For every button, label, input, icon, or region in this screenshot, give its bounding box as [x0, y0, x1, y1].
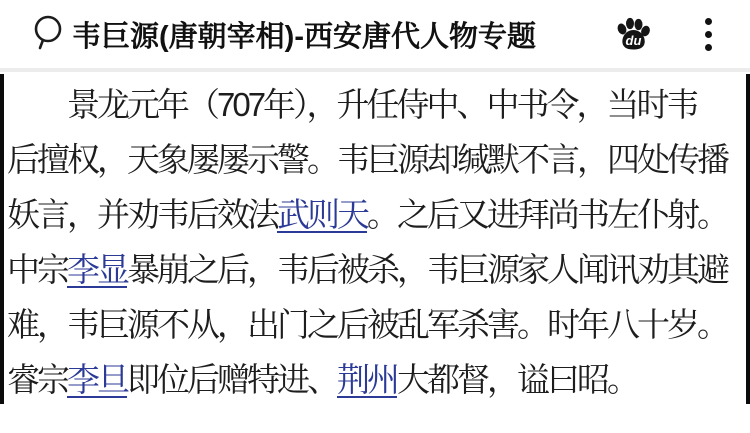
text-segment: 暴崩之后，韦后被杀，韦巨源家人闻讯劝其避	[127, 251, 727, 288]
search-header: 韦巨源(唐朝宰相)-西安唐代人物专题 du	[0, 0, 750, 68]
text-segment: 大都督，谥曰昭。	[397, 361, 637, 398]
text-segment: 。之后又进拜尚书左仆射。	[367, 196, 727, 233]
baidu-paw-icon: du	[613, 14, 653, 54]
text-line: 景龙元年（707年），升任侍中、中书令，当时韦	[7, 77, 744, 132]
baidu-du-label: du	[626, 33, 642, 48]
text-segment: 妖言，并劝韦后效法	[7, 196, 277, 233]
text-segment: 睿宗	[7, 361, 67, 398]
kebab-dot	[705, 18, 712, 25]
entity-link[interactable]: 李显	[67, 251, 127, 288]
article-text: 景龙元年（707年），升任侍中、中书令，当时韦后擅权，天象屡屡示警。韦巨源却缄默…	[0, 72, 750, 407]
magnifier-icon-svg	[30, 14, 64, 54]
text-segment: 中宗	[7, 251, 67, 288]
screen: 韦巨源(唐朝宰相)-西安唐代人物专题 du 景龙元年（707年），升任侍中、中书…	[0, 0, 750, 433]
entity-link[interactable]: 荆州	[337, 361, 397, 398]
text-segment: 景龙元年（707年），升任侍中、中书令，当时韦	[67, 86, 697, 123]
text-segment: 后擅权，天象屡屡示警。韦巨源却缄默不言，四处传播	[7, 141, 727, 178]
search-icon[interactable]	[30, 14, 64, 54]
text-line: 妖言，并劝韦后效法武则天。之后又进拜尚书左仆射。	[7, 187, 744, 242]
entity-link[interactable]: 武则天	[277, 196, 367, 233]
text-line: 中宗李显暴崩之后，韦后被杀，韦巨源家人闻讯劝其避	[7, 242, 744, 297]
baidu-logo[interactable]: du	[613, 14, 653, 54]
kebab-dot	[705, 31, 712, 38]
text-segment: 即位后赠特进、	[127, 361, 337, 398]
left-border-bar	[0, 74, 4, 404]
right-border-bar	[746, 74, 750, 404]
kebab-menu-icon[interactable]	[705, 18, 712, 51]
entity-link[interactable]: 李旦	[67, 361, 127, 398]
text-line: 难，韦巨源不从，出门之后被乱军杀害。时年八十岁。	[7, 297, 744, 352]
text-segment: 难，韦巨源不从，出门之后被乱军杀害。时年八十岁。	[7, 306, 727, 343]
kebab-dot	[705, 44, 712, 51]
article-content: 景龙元年（707年），升任侍中、中书令，当时韦后擅权，天象屡屡示警。韦巨源却缄默…	[0, 72, 750, 433]
search-query[interactable]: 韦巨源(唐朝宰相)-西安唐代人物专题	[72, 14, 613, 55]
text-line: 睿宗李旦即位后赠特进、荆州大都督，谥曰昭。	[7, 352, 744, 407]
text-line: 后擅权，天象屡屡示警。韦巨源却缄默不言，四处传播	[7, 132, 744, 187]
